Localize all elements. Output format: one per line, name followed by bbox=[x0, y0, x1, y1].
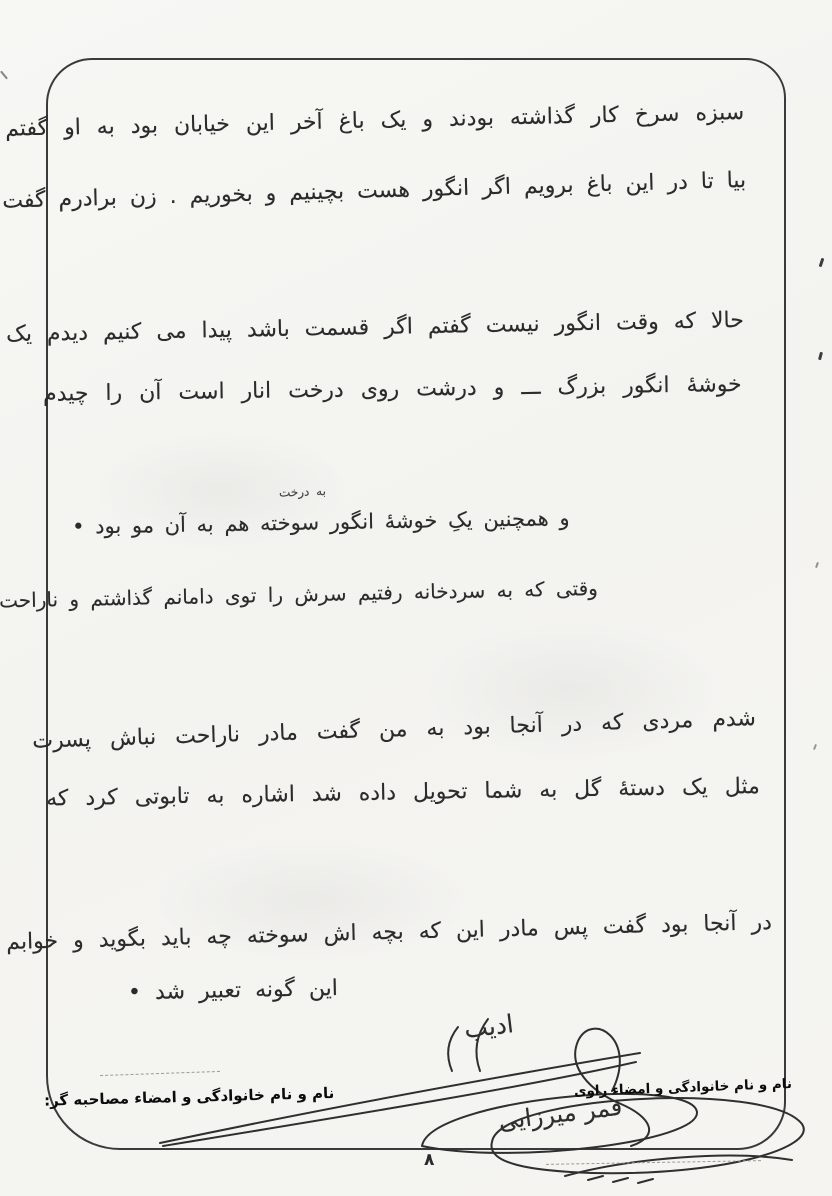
stray-scan-mark bbox=[0, 71, 8, 80]
signature-tick bbox=[638, 1179, 653, 1183]
signature-underline bbox=[565, 1156, 792, 1176]
scanned-page: سبزه سرخ کار گذاشته بودند و یک باغ آخر ا… bbox=[0, 0, 832, 1196]
dashed-artifact bbox=[546, 1160, 761, 1165]
stray-scan-mark bbox=[819, 258, 825, 267]
stray-scan-mark bbox=[818, 352, 823, 361]
handwritten-line: این گونه تعبیر شد • bbox=[128, 976, 338, 1005]
page-number: ۸ bbox=[424, 1150, 434, 1170]
interlinear-correction-note: به درخت bbox=[279, 484, 326, 500]
stray-scan-mark bbox=[815, 562, 819, 568]
stray-scan-mark bbox=[813, 744, 817, 750]
signature-tick bbox=[588, 1176, 603, 1180]
interviewer-signature-name: ادیب bbox=[463, 1009, 516, 1044]
signature-tick bbox=[613, 1178, 628, 1182]
